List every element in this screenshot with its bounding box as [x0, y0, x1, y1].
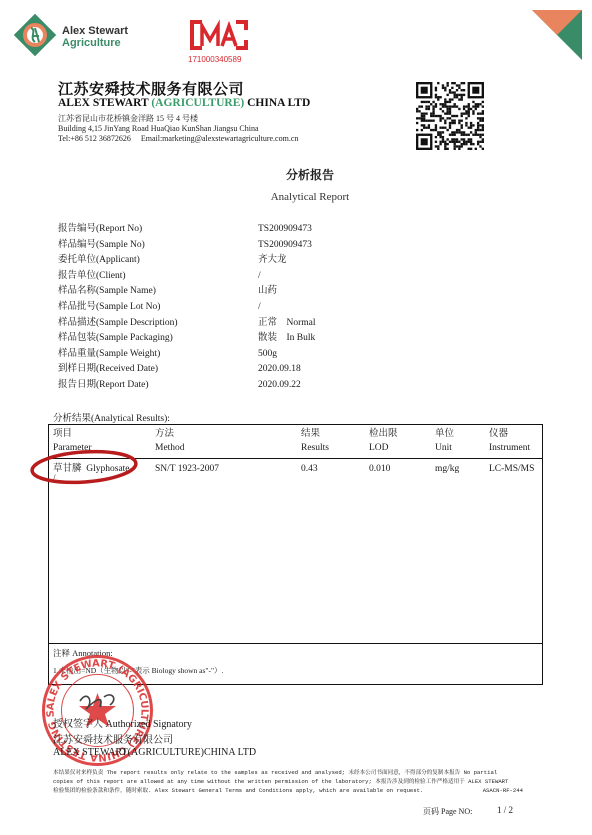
info-row: 样品名称(Sample Name)山药 [58, 284, 478, 300]
info-label: 样品编号(Sample No) [58, 238, 258, 254]
info-row: 到样日期(Received Date)2020.09.18 [58, 362, 478, 378]
brand-name: Alex Stewart [62, 25, 128, 37]
info-label: 样品名称(Sample Name) [58, 284, 258, 300]
cma-number: 171000340589 [188, 55, 241, 64]
info-row: 样品编号(Sample No)TS200909473 [58, 238, 478, 254]
cell-result: 0.43 [297, 459, 365, 477]
info-row: 样品批号(Sample Lot No)/ [58, 300, 478, 316]
info-value: 山药 [258, 284, 478, 300]
contact-info: Tel:+86 512 36872626 Email:marketing@ale… [58, 134, 298, 143]
info-label: 报告单位(Client) [58, 269, 258, 285]
info-value: / [258, 269, 478, 285]
column-header: 检出限LOD [365, 425, 431, 459]
cell-method: SN/T 1923-2007 [151, 459, 297, 477]
alex-stewart-logo-icon [12, 12, 58, 58]
info-value: 正常 Normal [258, 316, 478, 332]
cell-unit: mg/kg [431, 459, 485, 477]
report-title-cn: 分析报告 [0, 166, 592, 183]
info-label: 样品批号(Sample Lot No) [58, 300, 258, 316]
cell-lod: 0.010 [365, 459, 431, 477]
info-row: 样品描述(Sample Description)正常 Normal [58, 316, 478, 332]
info-value: 散装 In Bulk [258, 331, 478, 347]
disclaimer: 本结果仅对来样负责 The report results only relate… [53, 768, 523, 795]
highlight-ellipse-icon [28, 448, 140, 486]
page-number-label: 页码 Page NO: [423, 806, 472, 817]
info-value: 齐大龙 [258, 253, 478, 269]
signatory-company-cn: 江苏安舜技术服务有限公司 [53, 731, 173, 746]
info-row: 报告编号(Report No)TS200909473 [58, 222, 478, 238]
info-row: 样品重量(Sample Weight)500g [58, 347, 478, 363]
info-row: 报告日期(Report Date)2020.09.22 [58, 378, 478, 394]
qr-code-icon [416, 82, 484, 150]
info-value: / [258, 300, 478, 316]
company-name-cn: 江苏安舜技术服务有限公司 [58, 78, 244, 99]
info-label: 样品重量(Sample Weight) [58, 347, 258, 363]
info-label: 报告日期(Report Date) [58, 378, 258, 394]
info-row: 委托单位(Applicant)齐大龙 [58, 253, 478, 269]
info-row: 报告单位(Client)/ [58, 269, 478, 285]
info-value: 2020.09.22 [258, 378, 478, 394]
info-value: TS200909473 [258, 222, 478, 238]
form-code: ASACN-RF-244 [483, 786, 523, 795]
cell-instrument: LC-MS/MS [485, 459, 542, 477]
info-value: 500g [258, 347, 478, 363]
report-title-en: Analytical Report [0, 191, 592, 203]
column-header: 结果Results [297, 425, 365, 459]
signatory-label: 授权签字人 Authorized Signatory [53, 715, 192, 730]
annotation-divider [49, 643, 542, 644]
info-label: 委托单位(Applicant) [58, 253, 258, 269]
page-number: 1 / 2 [497, 805, 513, 815]
info-row: 样品包装(Sample Packaging)散装 In Bulk [58, 331, 478, 347]
address-en: Building 4,15 JinYang Road HuaQiao KunSh… [58, 124, 259, 133]
signatory-company-en: ALEX STEWART(AGRICULTURE)CHINA LTD [53, 747, 256, 758]
address-cn: 江苏省昆山市花桥镇金洋路 15 号 4 号楼 [58, 113, 198, 124]
corner-triangle-icon [532, 8, 584, 60]
report-info: 报告编号(Report No)TS200909473样品编号(Sample No… [58, 222, 478, 394]
results-caption: 分析结果(Analytical Results): [53, 410, 170, 424]
column-header: 仪器Instrument [485, 425, 542, 459]
column-header: 方法Method [151, 425, 297, 459]
info-label: 报告编号(Report No) [58, 222, 258, 238]
column-header: 单位Unit [431, 425, 485, 459]
info-label: 样品包装(Sample Packaging) [58, 331, 258, 347]
company-name-en: ALEX STEWART (AGRICULTURE) CHINA LTD [58, 97, 310, 109]
brand-subtitle: Agriculture [62, 37, 121, 49]
info-value: 2020.09.18 [258, 362, 478, 378]
info-label: 到样日期(Received Date) [58, 362, 258, 378]
info-label: 样品描述(Sample Description) [58, 316, 258, 332]
info-value: TS200909473 [258, 238, 478, 254]
cma-certification-icon [188, 18, 250, 52]
